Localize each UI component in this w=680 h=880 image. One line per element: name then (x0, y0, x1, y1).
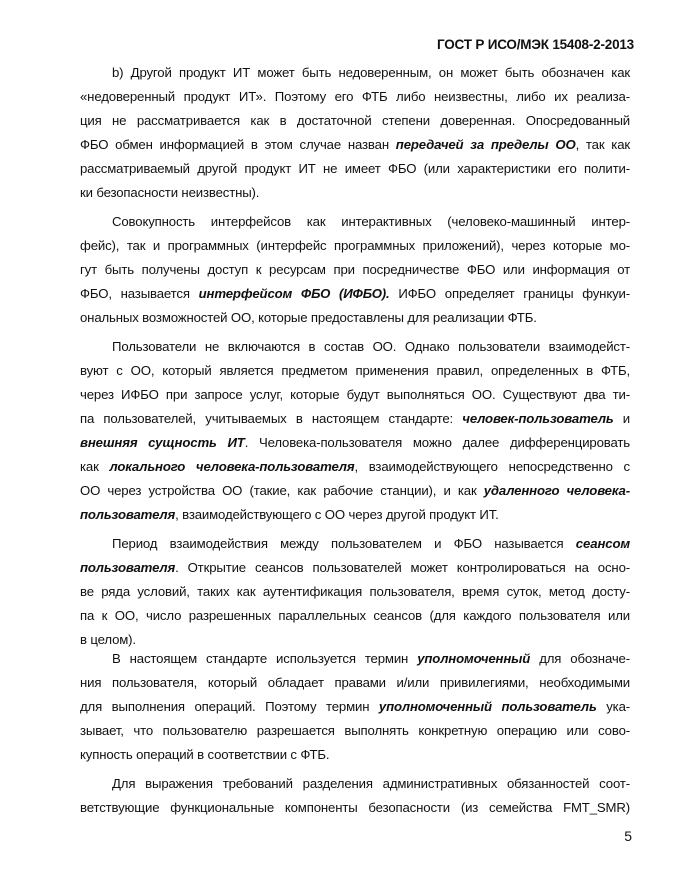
text-line: Совокупность интерфейсов как интерактивн… (112, 213, 630, 231)
defined-term: локального человека-пользователя (109, 459, 354, 474)
text-span: гут быть получены доступ к ресурсам при … (80, 262, 630, 277)
text-line: па к ОО, число разрешенных параллельных … (80, 607, 630, 625)
defined-term: удаленного человека- (484, 483, 630, 498)
text-line: Для выражения требований разделения адми… (112, 775, 630, 793)
text-span: ве ряда условий, таких как аутентификаци… (80, 584, 630, 599)
text-span: как (80, 459, 109, 474)
text-span: Период взаимодействия между пользователе… (112, 536, 576, 551)
text-line: b) Другой продукт ИТ может быть недовере… (112, 64, 630, 82)
text-span: ФБО, называется (80, 286, 199, 301)
text-span: , взаимодействующего непосредственно с (354, 459, 630, 474)
text-span: рассматриваемый другой продукт ИТ не име… (80, 161, 630, 176)
text-line: купность операций в соответствии с ФТБ. (80, 746, 630, 764)
page-number: 5 (624, 828, 632, 844)
text-span: ки безопасности неизвестны). (80, 185, 259, 200)
text-line: ФБО, называется интерфейсом ФБО (ИФБО). … (80, 285, 630, 303)
text-span: ИФБО определяет границы функуи- (390, 286, 630, 301)
text-line: пользователя. Открытие сеансов пользоват… (80, 559, 630, 577)
text-span: Пользователи не включаются в состав ОО. … (112, 339, 630, 354)
text-line: В настоящем стандарте используется терми… (112, 650, 630, 668)
text-line: ния пользователя, который обладает права… (80, 674, 630, 692)
text-line: для выполнения операций. Поэтому термин … (80, 698, 630, 716)
document-header: ГОСТ Р ИСО/МЭК 15408-2-2013 (437, 37, 634, 52)
text-span: ука- (597, 699, 630, 714)
text-span: ональных возможностей ОО, которые предос… (80, 310, 537, 325)
text-span: вуют с ОО, который является предметом пр… (80, 363, 630, 378)
text-line: ФБО обмен информацией в этом случае назв… (80, 136, 630, 154)
text-span: ОО через устройства ОО (такие, как рабоч… (80, 483, 484, 498)
defined-term: сеансом (576, 536, 630, 551)
text-span: для обозначе- (530, 651, 630, 666)
text-span: купность операций в соответствии с ФТБ. (80, 747, 329, 762)
text-span: в целом). (80, 632, 136, 647)
defined-term: уполномоченный (417, 651, 530, 666)
text-span: ния пользователя, который обладает права… (80, 675, 630, 690)
defined-term: интерфейсом ФБО (ИФБО). (199, 286, 390, 301)
text-line: рассматриваемый другой продукт ИТ не име… (80, 160, 630, 178)
defined-term: человек-пользователь (462, 411, 613, 426)
text-span: , взаимодействующего с ОО через другой п… (175, 507, 499, 522)
text-span: па к ОО, число разрешенных параллельных … (80, 608, 630, 623)
text-span: ветствующие функциональные компоненты бе… (80, 800, 630, 815)
text-line: ОО через устройства ОО (такие, как рабоч… (80, 482, 630, 500)
text-span: «недоверенный продукт ИТ». Поэтому его Ф… (80, 89, 630, 104)
text-line: ве ряда условий, таких как аутентификаци… (80, 583, 630, 601)
text-span: . Человека-пользователя можно далее дифф… (245, 435, 630, 450)
text-span: b) Другой продукт ИТ может быть недовере… (112, 65, 630, 80)
defined-term: пользователя (80, 560, 175, 575)
text-span: зывает, что пользователю разрешается вып… (80, 723, 630, 738)
text-span: ФБО обмен информацией в этом случае назв… (80, 137, 396, 152)
text-line: через ИФБО при запросе услуг, которые бу… (80, 386, 630, 404)
text-line: как локального человека-пользователя, вз… (80, 458, 630, 476)
text-line: «недоверенный продукт ИТ». Поэтому его Ф… (80, 88, 630, 106)
text-line: зывает, что пользователю разрешается вып… (80, 722, 630, 740)
text-line: па пользователей, учитываемых в настояще… (80, 410, 630, 428)
defined-term: пользователя (80, 507, 175, 522)
text-span: Совокупность интерфейсов как интерактивн… (112, 214, 630, 229)
text-line: ция не рассматривается как в достаточной… (80, 112, 630, 130)
text-line: Период взаимодействия между пользователе… (112, 535, 630, 553)
text-span: , так как (576, 137, 630, 152)
text-line: фейс), так и программных (интерфейс прог… (80, 237, 630, 255)
text-line: вуют с ОО, который является предметом пр… (80, 362, 630, 380)
text-span: для выполнения операций. Поэтому термин (80, 699, 379, 714)
text-line: внешняя сущность ИТ. Человека-пользовате… (80, 434, 630, 452)
text-span: В настоящем стандарте используется терми… (112, 651, 417, 666)
text-span: . Открытие сеансов пользователей может к… (175, 560, 630, 575)
defined-term: внешняя сущность ИТ (80, 435, 245, 450)
text-line: ветствующие функциональные компоненты бе… (80, 799, 630, 817)
text-span: па пользователей, учитываемых в настояще… (80, 411, 462, 426)
text-line: пользователя, взаимодействующего с ОО че… (80, 506, 630, 524)
text-line: гут быть получены доступ к ресурсам при … (80, 261, 630, 279)
defined-term: уполномоченный пользователь (379, 699, 597, 714)
defined-term: передачей за пределы ОО (396, 137, 576, 152)
text-span: ция не рассматривается как в достаточной… (80, 113, 630, 128)
text-line: Пользователи не включаются в состав ОО. … (112, 338, 630, 356)
text-span: фейс), так и программных (интерфейс прог… (80, 238, 630, 253)
text-span: и (614, 411, 630, 426)
text-line: в целом). (80, 631, 630, 649)
text-span: Для выражения требований разделения адми… (112, 776, 630, 791)
text-span: через ИФБО при запросе услуг, которые бу… (80, 387, 630, 402)
text-line: ональных возможностей ОО, которые предос… (80, 309, 630, 327)
text-line: ки безопасности неизвестны). (80, 184, 630, 202)
